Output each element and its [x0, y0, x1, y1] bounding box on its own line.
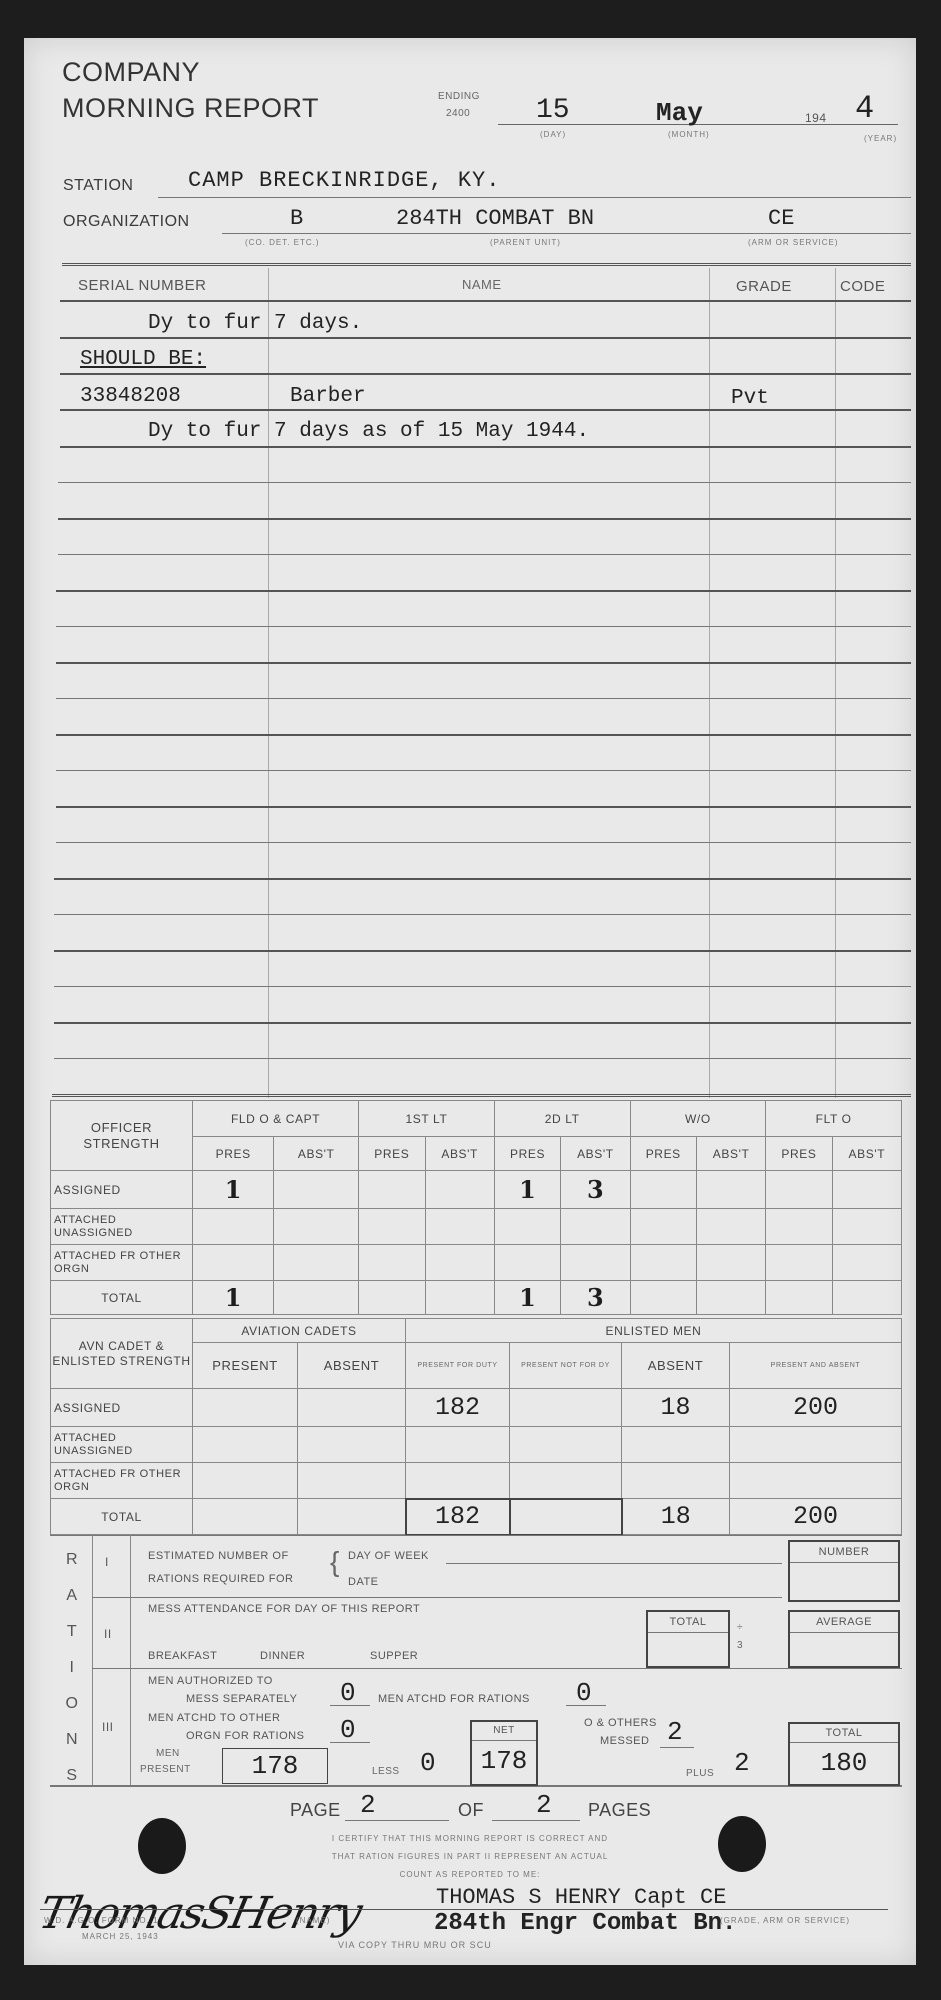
group-aviation-cadets: AVIATION CADETS: [193, 1319, 406, 1343]
rations-letter-divider: [92, 1535, 93, 1785]
signer-name-grade: THOMAS S HENRY Capt CE: [436, 1885, 726, 1910]
entry-line-1: Dy to fur 7 days.: [148, 312, 362, 335]
officer-cell: [630, 1209, 696, 1245]
subcol-pres: PRES: [494, 1137, 560, 1171]
col-present-not-for-duty: PRESENT NOT FOR DY: [510, 1343, 622, 1389]
enlisted-cell: [510, 1463, 622, 1499]
officer-cell: 3: [561, 1171, 630, 1209]
section-2-numeral: II: [104, 1627, 112, 1641]
subcol-pres: PRES: [766, 1137, 832, 1171]
section-3-numeral: III: [102, 1720, 114, 1734]
officer-cell: 1: [193, 1171, 274, 1209]
certify-line: I CERTIFY THAT THIS MORNING REPORT IS CO…: [260, 1830, 680, 1848]
enlisted-cell: 182: [406, 1389, 510, 1427]
entry-rule: [60, 446, 911, 448]
atchd-other-value: 0: [340, 1715, 356, 1745]
page-line: [345, 1820, 449, 1821]
day-of-week-line: [446, 1563, 782, 1564]
row-label-attached-unassigned: ATTACHED UNASSIGNED: [51, 1427, 193, 1463]
col-code: CODE: [840, 278, 885, 295]
average-box: AVERAGE: [788, 1610, 900, 1668]
rations-letter: T: [62, 1614, 82, 1650]
officer-total-cell: [766, 1281, 832, 1315]
enlisted-cell: [298, 1463, 406, 1499]
officer-cell: [561, 1209, 630, 1245]
enlisted-total-present-and-absent: 200: [730, 1499, 902, 1535]
company-caption: (CO. DET. ETC.): [245, 238, 320, 247]
entry-rule: [56, 626, 911, 627]
officer-cell: [274, 1171, 359, 1209]
officer-total-cell: [696, 1281, 765, 1315]
section-1-brace: {: [330, 1546, 340, 1578]
page-number: 2: [360, 1790, 376, 1820]
breakfast-label: BREAKFAST: [148, 1650, 217, 1662]
rations-section-divider: [92, 1668, 902, 1669]
men-present-box: 178: [222, 1748, 328, 1784]
attendance-total-label: TOTAL: [648, 1612, 728, 1633]
subcol-pres: PRES: [359, 1137, 425, 1171]
rations-letter: S: [62, 1758, 82, 1794]
entry-rule: [56, 698, 911, 699]
station-underline: [158, 197, 911, 198]
others-label-1: O & OTHERS: [584, 1717, 657, 1729]
officer-cell: [696, 1245, 765, 1281]
plus-value: 2: [734, 1748, 750, 1778]
enlisted-cell: [510, 1427, 622, 1463]
officer-total-cell: [359, 1281, 425, 1315]
entry-rule: [56, 590, 911, 592]
officer-total-cell: 1: [494, 1281, 560, 1315]
pages-line: [492, 1820, 580, 1821]
certify-line: THAT RATION FIGURES IN PART II REPRESENT…: [260, 1848, 680, 1866]
officer-cell: [359, 1245, 425, 1281]
rations-total-value: 180: [790, 1743, 898, 1783]
rations-letter: O: [62, 1686, 82, 1722]
net-value: 178: [472, 1741, 536, 1781]
officer-cell: [425, 1209, 494, 1245]
mess-sep-value: 0: [340, 1678, 356, 1708]
entry-rule: [60, 409, 911, 411]
entry-grade: Pvt: [731, 387, 769, 410]
enlisted-cell: [193, 1463, 298, 1499]
row-label-assigned: ASSIGNED: [51, 1171, 193, 1209]
report-year-digit: 4: [855, 90, 874, 127]
organization-label: ORGANIZATION: [63, 213, 190, 231]
entry-rule: [54, 950, 911, 952]
officer-cell: [274, 1209, 359, 1245]
officer-cell: [696, 1171, 765, 1209]
row-label-attached-fr-other-orgn: ATTACHED FR OTHER ORGN: [51, 1245, 193, 1281]
others-label-2: MESSED: [600, 1735, 649, 1747]
page-label: PAGE: [290, 1800, 341, 1821]
entry-rule: [56, 842, 911, 843]
station-label: STATION: [63, 177, 133, 195]
supper-label: SUPPER: [370, 1650, 418, 1662]
net-box: NET 178: [470, 1720, 538, 1786]
enlisted-cell: 200: [730, 1389, 902, 1427]
entry-rule: [54, 1022, 911, 1024]
station-value: CAMP BRECKINRIDGE, KY.: [188, 168, 500, 193]
officer-total-cell: [425, 1281, 494, 1315]
officer-cell: [359, 1209, 425, 1245]
subcol-pres: PRES: [193, 1137, 274, 1171]
enlisted-cell: [730, 1463, 902, 1499]
col-serial-number: SERIAL NUMBER: [78, 277, 206, 294]
ending-time-label: 2400: [446, 108, 470, 119]
col-enlisted-absent: ABSENT: [622, 1343, 730, 1389]
grade-col-divider: [835, 268, 836, 1098]
subcol-abst: ABS'T: [425, 1137, 494, 1171]
rations-letter: I: [62, 1650, 82, 1686]
entry-rule: [56, 734, 911, 736]
day-of-week-label: DAY OF WEEK: [348, 1550, 429, 1562]
officer-total-cell: [630, 1281, 696, 1315]
total-pages: 2: [536, 1790, 552, 1820]
number-label: NUMBER: [790, 1542, 898, 1563]
number-box: NUMBER: [788, 1540, 900, 1602]
rations-top-rule: [50, 1535, 902, 1536]
enlisted-cell: [510, 1389, 622, 1427]
enlisted-cell: [622, 1427, 730, 1463]
enlisted-total-cell: [193, 1499, 298, 1535]
group-flt-o: FLT O: [766, 1101, 902, 1137]
divide-by: 3: [737, 1640, 743, 1651]
year-caption: (YEAR): [864, 134, 897, 143]
punch-hole-left: [138, 1818, 186, 1874]
entry-rule: [58, 518, 911, 520]
less-label: LESS: [372, 1766, 400, 1777]
row-label-assigned: ASSIGNED: [51, 1389, 193, 1427]
report-month: May: [656, 98, 703, 128]
section-1-line1: ESTIMATED NUMBER OF: [148, 1550, 289, 1562]
entries-bottom-rule: [52, 1094, 911, 1097]
enlisted-cell: [193, 1427, 298, 1463]
parent-unit-caption: (PARENT UNIT): [490, 238, 561, 247]
group-1st-lt: 1ST LT: [359, 1101, 495, 1137]
year-prefix: 194: [805, 111, 827, 125]
day-caption: (DAY): [540, 130, 566, 139]
group-wo: W/O: [630, 1101, 766, 1137]
divide-symbol: ÷: [737, 1622, 743, 1633]
entry-rule: [56, 662, 911, 664]
row-label-attached-unassigned: ATTACHED UNASSIGNED: [51, 1209, 193, 1245]
officer-cell: [274, 1245, 359, 1281]
row-label-total: TOTAL: [51, 1281, 193, 1315]
officer-total-cell: [832, 1281, 901, 1315]
officer-cell: [766, 1245, 832, 1281]
col-cadets-absent: ABSENT: [298, 1343, 406, 1389]
men-present-label-2: PRESENT: [140, 1764, 191, 1775]
entry-rule: [56, 770, 911, 771]
form-id: W.D. A.G.O. FORM NO. 1: [44, 1916, 158, 1925]
atchd-rations-value: 0: [576, 1678, 592, 1708]
mess-attendance-title: MESS ATTENDANCE FOR DAY OF THIS REPORT: [148, 1603, 420, 1615]
rations-numeral-divider: [130, 1535, 131, 1785]
form-title-company: COMPANY: [62, 57, 200, 88]
others-value: 2: [667, 1717, 683, 1747]
enlisted-cell: 18: [622, 1389, 730, 1427]
enlisted-cell: [406, 1427, 510, 1463]
copy-note: VIA COPY THRU MRU OR SCU: [338, 1940, 492, 1950]
company-value: B: [290, 206, 303, 231]
of-label: OF: [458, 1800, 484, 1821]
officer-cell: [766, 1209, 832, 1245]
entry-rule: [54, 914, 911, 915]
row-label-total: TOTAL: [51, 1499, 193, 1535]
officer-cell: [425, 1245, 494, 1281]
group-2d-lt: 2D LT: [494, 1101, 630, 1137]
enlisted-strength-title: AVN CADET & ENLISTED STRENGTH: [51, 1319, 193, 1389]
officer-total-cell: [274, 1281, 359, 1315]
plus-label: PLUS: [686, 1768, 714, 1779]
enlisted-strength-table: AVN CADET & ENLISTED STRENGTH AVIATION C…: [50, 1318, 902, 1536]
col-cadets-present: PRESENT: [193, 1343, 298, 1389]
entry-rule: [54, 1058, 911, 1059]
enlisted-cell: [406, 1463, 510, 1499]
others-line: [660, 1747, 694, 1748]
rations-letter: N: [62, 1722, 82, 1758]
ending-label: ENDING: [438, 91, 480, 102]
service-caption: (ARM OR SERVICE): [748, 238, 839, 247]
atchd-rations-label: MEN ATCHD FOR RATIONS: [378, 1693, 530, 1705]
entry-rule: [60, 300, 911, 302]
men-present-value: 178: [223, 1749, 327, 1783]
rations-total-box: TOTAL 180: [788, 1722, 900, 1786]
parent-unit-value: 284TH COMBAT BN: [396, 206, 594, 231]
officer-total-cell: 1: [193, 1281, 274, 1315]
report-day: 15: [536, 95, 570, 126]
rations-letter: R: [62, 1542, 82, 1578]
officer-cell: [494, 1209, 560, 1245]
entry-name: Barber: [290, 385, 366, 408]
section-1-line2: RATIONS REQUIRED FOR: [148, 1573, 293, 1585]
entry-rule: [58, 482, 911, 483]
officer-cell: [494, 1245, 560, 1281]
officer-cell: [193, 1245, 274, 1281]
entries-top-rule: [62, 263, 911, 266]
mess-sep-label-2: MESS SEPARATELY: [186, 1693, 297, 1705]
subcol-abst: ABS'T: [561, 1137, 630, 1171]
grade-service-caption: (GRADE, ARM OR SERVICE): [720, 1916, 850, 1925]
entry-serial-number: 33848208: [80, 385, 181, 408]
enlisted-total-present-for-duty: 182: [406, 1499, 510, 1535]
entry-rule: [54, 878, 911, 880]
men-present-label-1: MEN: [156, 1748, 180, 1759]
rations-section-divider: [92, 1597, 782, 1598]
attendance-total-box: TOTAL: [646, 1610, 730, 1668]
organization-underline: [222, 233, 911, 234]
atchd-other-label-2: ORGN FOR RATIONS: [186, 1730, 304, 1742]
subcol-pres: PRES: [630, 1137, 696, 1171]
signer-unit: 284th Engr Combat Bn.: [434, 1910, 736, 1937]
officer-cell: [193, 1209, 274, 1245]
officer-cell: 1: [494, 1171, 560, 1209]
enlisted-cell: [298, 1427, 406, 1463]
name-caption: (NAME): [296, 1916, 330, 1925]
month-caption: (MONTH): [668, 130, 710, 139]
serial-col-divider: [268, 268, 269, 1098]
col-grade: GRADE: [736, 278, 792, 295]
row-label-attached-fr-other-orgn: ATTACHED FR OTHER ORGN: [51, 1463, 193, 1499]
rations-total-label: TOTAL: [790, 1724, 898, 1743]
officer-cell: [359, 1171, 425, 1209]
entry-line-4: Dy to fur 7 days as of 15 May 1944.: [148, 420, 589, 443]
officer-cell: [766, 1171, 832, 1209]
subcol-abst: ABS'T: [274, 1137, 359, 1171]
officer-cell: [832, 1171, 901, 1209]
subcol-abst: ABS'T: [832, 1137, 901, 1171]
enlisted-cell: [298, 1389, 406, 1427]
mess-sep-label-1: MEN AUTHORIZED TO: [148, 1675, 273, 1687]
service-value: CE: [768, 206, 794, 231]
section-1-numeral: I: [105, 1555, 109, 1569]
entry-rule: [60, 373, 911, 375]
officer-cell: [561, 1245, 630, 1281]
group-enlisted-men: ENLISTED MEN: [406, 1319, 902, 1343]
entry-rule: [58, 554, 911, 555]
officer-cell: [696, 1209, 765, 1245]
officer-cell: [425, 1171, 494, 1209]
col-present-and-absent: PRESENT AND ABSENT: [730, 1343, 902, 1389]
officer-cell: [832, 1209, 901, 1245]
entry-rule: [56, 806, 911, 808]
certify-line: COUNT AS REPORTED TO ME:: [260, 1866, 680, 1884]
enlisted-cell: [193, 1389, 298, 1427]
enlisted-total-cell: [298, 1499, 406, 1535]
officer-cell: [630, 1171, 696, 1209]
enlisted-cell: [622, 1463, 730, 1499]
form-date: MARCH 25, 1943: [82, 1932, 159, 1941]
officer-total-cell: 3: [561, 1281, 630, 1315]
officer-cell: [630, 1245, 696, 1281]
date-label: DATE: [348, 1576, 379, 1588]
dinner-label: DINNER: [260, 1650, 305, 1662]
enlisted-total-present-not-for-duty: [510, 1499, 622, 1535]
form-title-morning-report: MORNING REPORT: [62, 93, 319, 124]
officer-strength-title: OFFICER STRENGTH: [51, 1101, 193, 1171]
certification-text: I CERTIFY THAT THIS MORNING REPORT IS CO…: [260, 1830, 680, 1884]
pages-label: PAGES: [588, 1800, 651, 1821]
punch-hole-right: [718, 1816, 766, 1872]
enlisted-cell: [730, 1427, 902, 1463]
rations-letter: A: [62, 1578, 82, 1614]
name-col-divider: [709, 268, 710, 1098]
average-label: AVERAGE: [790, 1612, 898, 1633]
col-name: NAME: [462, 277, 502, 292]
subcol-abst: ABS'T: [696, 1137, 765, 1171]
officer-cell: [832, 1245, 901, 1281]
enlisted-total-absent: 18: [622, 1499, 730, 1535]
officer-strength-table: OFFICER STRENGTH FLD O & CAPT 1ST LT 2D …: [50, 1100, 902, 1315]
atchd-other-label-1: MEN ATCHD TO OTHER: [148, 1712, 280, 1724]
entry-rule: [54, 986, 911, 987]
net-label: NET: [472, 1722, 536, 1741]
group-fld-o-capt: FLD O & CAPT: [193, 1101, 359, 1137]
entry-should-be: SHOULD BE:: [80, 348, 206, 371]
col-present-for-duty: PRESENT FOR DUTY: [406, 1343, 510, 1389]
rations-side-label: R A T I O N S: [62, 1542, 82, 1794]
less-value: 0: [420, 1748, 436, 1778]
entry-rule: [60, 337, 911, 339]
